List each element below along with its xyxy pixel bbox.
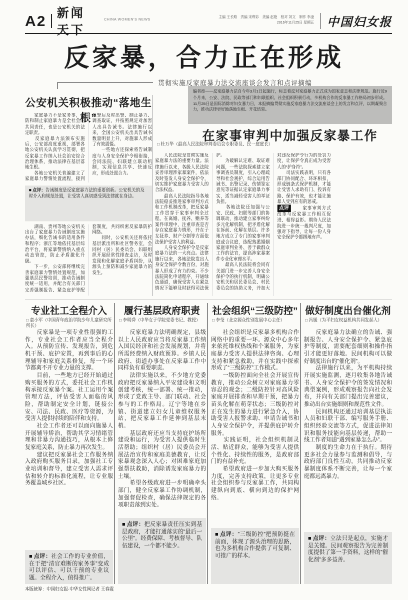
masthead-logo: 中国妇女报 <box>327 13 392 30</box>
article-social-worker-byline: □ 童小军（中国青年政治学院少年儿童研究所所长） <box>26 318 113 330</box>
comment-marker-icon: ■ <box>29 188 32 192</box>
article-local-gov-body-clip: 反家庭暴力法明确规定，县级以上人民政府应当将反家暴工作纳入国民经济和社会发展规划… <box>118 329 206 515</box>
article-ngo-body-clip: 社会组织是反家暴多机构合作网络中的重要一环。源众中心多年来依托维权热线和个案服务… <box>211 329 299 525</box>
editor-note-box: 编者按——反家庭暴力法自今年3月1日起施行，标志着反对家庭暴力正式成为国家意志和… <box>188 86 392 124</box>
comment-label: 点评： <box>127 521 144 527</box>
article-court-comment-text: 家事审判方式改革与反家暴工作相互促进、相得益彰。期待人民法院进一步统一裁判尺度，… <box>277 207 331 240</box>
article-court-byline-wrap: □ 杜万华（最高人民法院审判委员会专职委员、民一庭庭长） <box>157 142 392 151</box>
article-ngo-byline-wrap: □ 李莹（北京源众性别发展中心主任） <box>212 318 299 327</box>
article-court-comment: 点评 家事审判方式改革与反家暴工作相互促进、相得益彰。期待人民法院进一步统一裁判… <box>277 205 331 241</box>
article-catalyst-byline-wrap: □ 冯媛（为平妇女权益机构共同发起人） <box>305 318 392 327</box>
comment-marker-icon: ■ <box>29 553 33 559</box>
article-police-body-b: 湖南、贵州等地公安机关出台了家庭暴力告诫制度实施办法，细化告诫书的适用条件和程序… <box>25 224 152 296</box>
article-social-worker-body-clip: 反家暴是一项专业性很强的工作，专业社会工作者应当全程介入。从预防宣传、发现报告，… <box>25 329 113 547</box>
article-ngo-comment-box: ■点评：“三级防控”把预防挺在前面，体现了源头治理的思路，也为多机构合作提供了可… <box>211 528 299 584</box>
comment-marker-icon: ■ <box>122 521 126 527</box>
article-ngo-body: 社会组织是反家暴多机构合作网络中的重要一环。源众中心多年来依托维权热线和个案服务… <box>211 329 299 502</box>
article-police: 公安机关积极推动“落地生根” 家庭暴力不是家务事，预防和制止家庭暴力是全社会的共… <box>25 95 152 296</box>
article-court-title: 在家事审判中加强反家暴工作 <box>188 126 392 142</box>
article-social-worker: 专业社工全程介入 □ 童小军（中国青年政治学院少年儿童研究所所长） 反家暴是一项… <box>25 303 113 584</box>
article-local-gov: 履行基层政府职责 □ 李明舜（中华女子学院党委书记、教授） 反家庭暴力法明确规定… <box>118 303 206 584</box>
subtitle-rule <box>57 82 153 83</box>
article-local-gov-byline: □ 李明舜（中华女子学院党委书记、教授） <box>119 318 206 324</box>
page-credit: 本版统筹：中国妇女报·中华女性网记者 王春霞 <box>25 587 185 593</box>
page-credit-wrap: 本版统筹：中国妇女报·中华女性网记者 王春霞 <box>25 587 185 596</box>
article-catalyst: 做好制度出台催化剂 □ 冯媛（为平妇女权益机构共同发起人） 反家庭暴力法确立的告… <box>304 303 392 584</box>
section-subtitle-en: CHINA WOMEN'S NEWS <box>104 18 165 22</box>
article-police-body-clip: 家庭暴力不是家务事，预防和制止家庭暴力是全社会的共同责任，也是公安机关的法定职责… <box>25 113 152 296</box>
article-police-comment-text: 告诫制度是反家庭暴力法的重要创新。公安机关的及时介入和规范处置，让受害人真切感受… <box>29 188 145 198</box>
row1-column-divider <box>152 95 153 296</box>
page-number: A2 <box>25 13 46 30</box>
article-court: 在家事审判中加强反家暴工作 □ 杜万华（最高人民法院审判委员会专职委员、民一庭庭… <box>155 126 392 296</box>
page-header: A2 新闻天下 CHINA WOMEN'S NEWS 主编 王长路 责编 宋利彩… <box>25 10 392 32</box>
article-local-gov-title: 履行基层政府职责 <box>118 303 206 316</box>
article-local-gov-byline-wrap: □ 李明舜（中华女子学院党委书记、教授） <box>119 318 206 327</box>
comment-label: 点评： <box>313 535 330 541</box>
article-catalyst-body-clip: 反家庭暴力法确立的告诫、强制报告、人身安全保护令、紧急庇护等制度，需要配套细则和… <box>304 329 392 529</box>
comment-marker-icon: ■ <box>308 535 312 541</box>
row2-column-divider <box>114 303 115 584</box>
article-local-gov-comment-box: ■点评：把反家暴责任压实到基层政府，才能打通落实的“最后一公里”。经费保障、考核… <box>118 518 206 584</box>
article-catalyst-byline: □ 冯媛（为平妇女权益机构共同发起人） <box>305 318 392 324</box>
row-separator-rule <box>25 299 392 300</box>
banner-headline: 反家暴，合力正在形成 <box>0 38 408 74</box>
comment-label: 点评： <box>33 188 46 192</box>
comment-label: 点评： <box>220 531 238 537</box>
article-catalyst-title: 做好制度出台催化剂 <box>304 303 392 316</box>
row2-column-divider <box>207 303 208 584</box>
row2-column-divider <box>300 303 301 584</box>
newspaper-page: A2 新闻天下 CHINA WOMEN'S NEWS 主编 王长路 责编 宋利彩… <box>0 0 408 600</box>
article-court-byline: □ 杜万华（最高人民法院审判委员会专职委员、民一庭庭长） <box>157 142 392 148</box>
editor-credits: 主编 王长路 责编 宋利彩 美编 赵艳 校对 刘文 制作 李凌 2016年11月… <box>164 11 314 30</box>
header-divider-2 <box>320 13 321 29</box>
article-police-title: 公安机关积极推动“落地生根” <box>25 95 152 111</box>
article-police-body-a: 家庭暴力不是家务事，预防和制止家庭暴力是全社会的共同责任，也是公安机关的法定职责… <box>25 113 152 182</box>
article-ngo-byline: □ 李莹（北京源众性别发展中心主任） <box>212 318 299 324</box>
article-catalyst-body: 反家庭暴力法确立的告诫、强制报告、人身安全保护令、紧急庇护等制度，需要配套细则和… <box>304 329 392 480</box>
article-court-body-clip: 人民法院是贯彻实施反家庭暴力法的重要力量。法律施行以来，各级人民法院妥善审理涉家… <box>155 153 392 296</box>
article-catalyst-comment-box: ■点评：立法只是起点，实施才是关键。民间观察报告为完善制度提供了第一手资料，这样… <box>304 532 392 584</box>
comment-marker-icon: ■ <box>215 531 219 537</box>
header-rule <box>25 33 392 34</box>
article-ngo: 社会组织“三级防控” □ 李莹（北京源众性别发展中心主任） 社会组织是反家暴多机… <box>211 303 299 584</box>
date-line: 2016年11月25日 星期五 <box>165 21 315 27</box>
article-social-worker-comment-box: ■点评：社会工作的专业价值，在于把“清官难断的家务事”变成可以评估、可以干预的专… <box>25 550 113 584</box>
article-ngo-title: 社会组织“三级防控” <box>211 303 299 316</box>
article-social-worker-body: 反家暴是一项专业性很强的工作，专业社会工作者应当全程介入。从预防宣传、发现报告，… <box>25 329 113 487</box>
editor-note-text: 编者按——反家庭暴力法自今年3月1日起施行，标志着反对家庭暴力正式成为国家意志和… <box>193 89 387 113</box>
article-social-worker-byline-wrap: □ 童小军（中国青年政治学院少年儿童研究所所长） <box>26 318 113 327</box>
article-social-worker-title: 专业社工全程介入 <box>25 303 113 316</box>
comment-label: 点评： <box>34 553 51 559</box>
article-police-comment-box: ■点评：告诫制度是反家庭暴力法的重要创新。公安机关的及时介入和规范处置，让受害人… <box>25 185 152 221</box>
section-subtitle-en-wrap: CHINA WOMEN'S NEWS <box>104 17 164 25</box>
comment-chip-label: 点评 <box>277 205 291 212</box>
article-local-gov-body: 反家庭暴力法明确规定，县级以上人民政府应当将反家暴工作纳入国民经济和社会发展规划… <box>118 329 206 509</box>
header-divider <box>51 14 52 28</box>
